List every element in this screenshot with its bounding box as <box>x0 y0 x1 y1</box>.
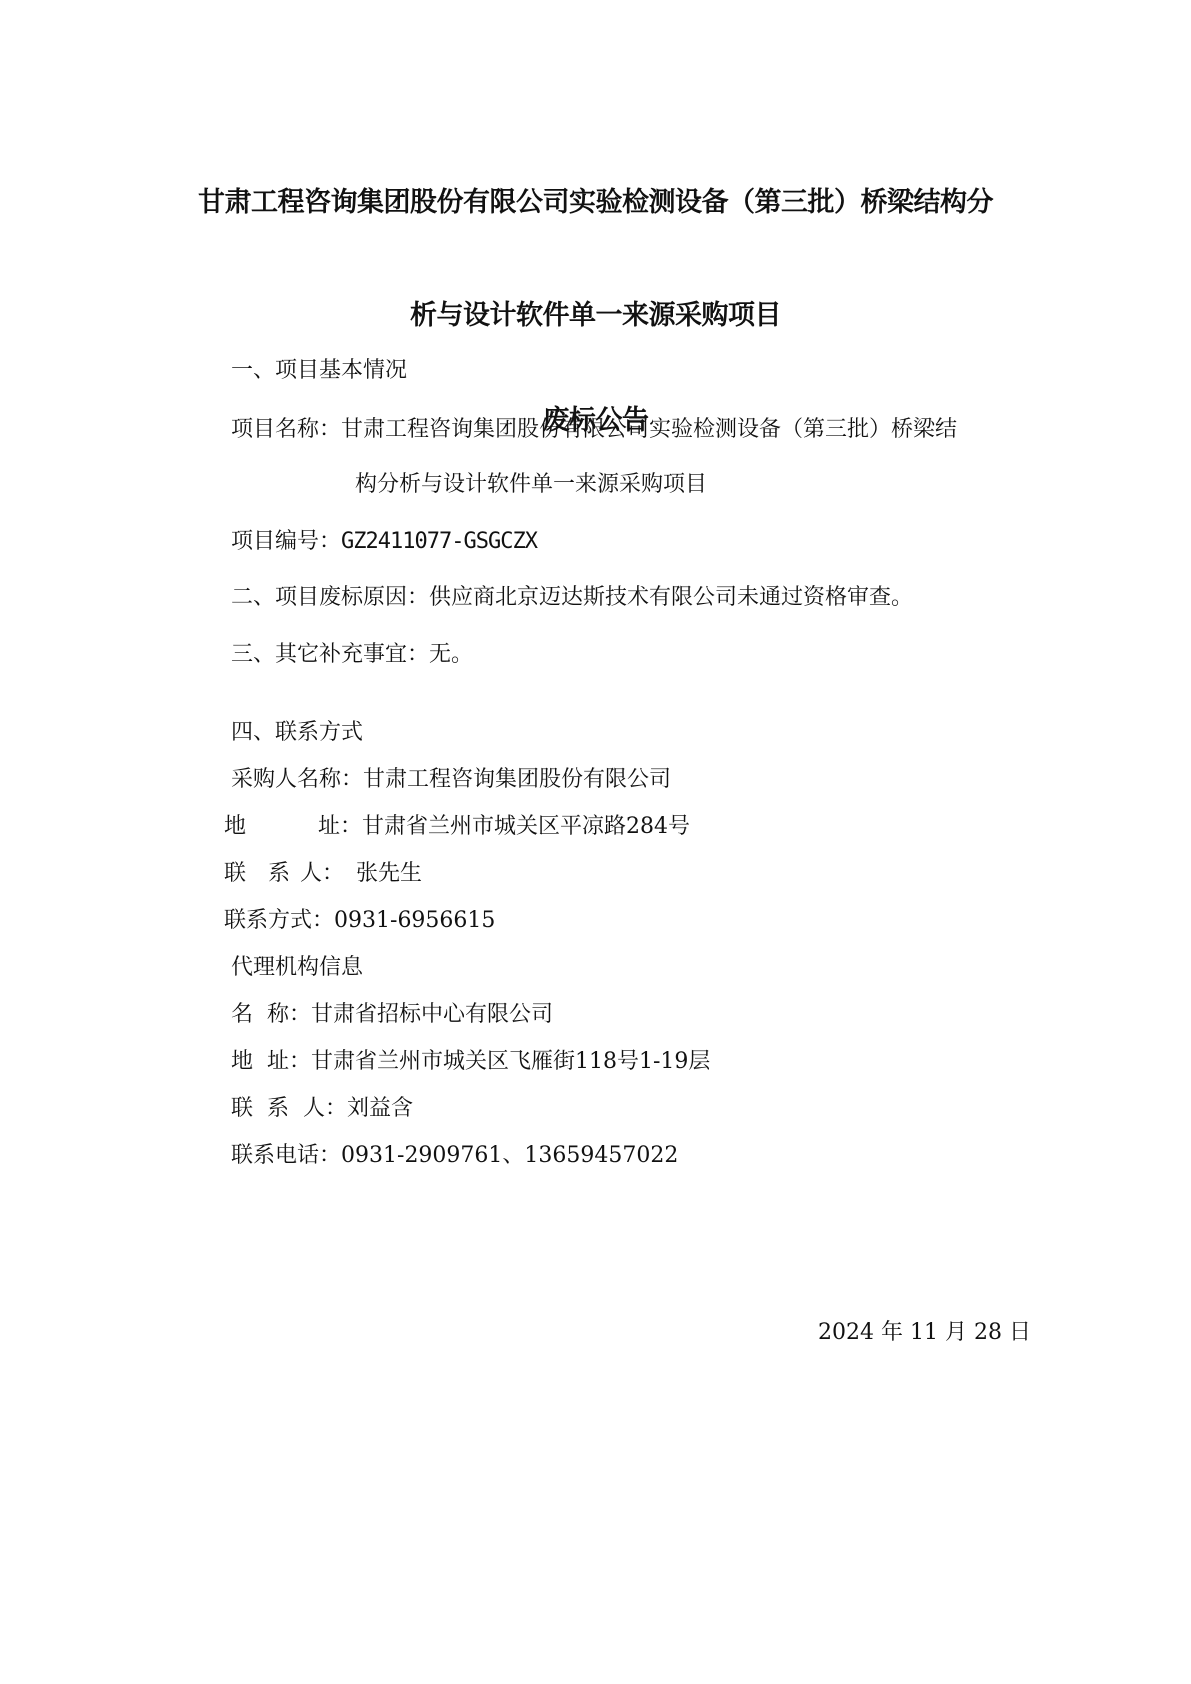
agency-contact-label: 联 系 人： <box>231 1096 347 1121</box>
title-line-2: 析与设计软件单一来源采购项目 <box>0 299 1191 333</box>
agency-phone-row: 联系电话：0931-2909761、13659457022 <box>231 1142 678 1170</box>
agency-name-value: 甘肃省招标中心有限公司 <box>311 1002 553 1027</box>
purchaser-name-label: 采购人名称： <box>231 767 363 792</box>
project-number-label: 项目编号： <box>231 529 341 554</box>
purchaser-address-label-1: 地 <box>224 814 246 839</box>
purchaser-address-row: 地址：甘肃省兰州市城关区平凉路284号 <box>224 813 690 841</box>
project-name-row: 项目名称：甘肃工程咨询集团股份有限公司实验检测设备（第三批）桥梁结 <box>231 416 957 444</box>
agency-phone-label: 联系电话： <box>231 1143 341 1168</box>
purchaser-phone-row: 联系方式：0931-6956615 <box>224 907 495 935</box>
section-3-text: 三、其它补充事宜：无。 <box>231 641 473 669</box>
project-name-continuation: 构分析与设计软件单一来源采购项目 <box>355 471 707 499</box>
section-2-text: 二、项目废标原因：供应商北京迈达斯技术有限公司未通过资格审查。 <box>231 584 913 612</box>
title-line-1: 甘肃工程咨询集团股份有限公司实验检测设备（第三批）桥梁结构分 <box>0 186 1191 220</box>
announcement-date: 2024 年 11 月 28 日 <box>818 1319 1031 1347</box>
purchaser-address-label-2: 址： <box>318 814 362 839</box>
purchaser-contact-label-1: 联 <box>224 861 246 886</box>
agency-address-label: 地 址： <box>231 1049 311 1074</box>
project-name-value: 甘肃工程咨询集团股份有限公司实验检测设备（第三批）桥梁结 <box>341 417 957 442</box>
agency-name-label: 名 称： <box>231 1002 311 1027</box>
project-number-row: 项目编号：GZ2411077-GSGCZX <box>231 528 537 556</box>
project-number-value: GZ2411077-GSGCZX <box>341 529 537 554</box>
purchaser-address-value: 甘肃省兰州市城关区平凉路284号 <box>362 814 690 839</box>
purchaser-name-value: 甘肃工程咨询集团股份有限公司 <box>363 767 671 792</box>
agency-contact-row: 联 系 人：刘益含 <box>231 1095 413 1123</box>
purchaser-contact-row: 联系人：张先生 <box>224 860 422 888</box>
agency-address-row: 地 址：甘肃省兰州市城关区飞雁街118号1-19层 <box>231 1048 710 1076</box>
agency-heading: 代理机构信息 <box>231 954 363 982</box>
purchaser-contact-label-2: 系 <box>268 861 290 886</box>
agency-name-row: 名 称：甘肃省招标中心有限公司 <box>231 1001 553 1029</box>
section-4-heading: 四、联系方式 <box>231 719 363 747</box>
purchaser-name-row: 采购人名称：甘肃工程咨询集团股份有限公司 <box>231 766 671 794</box>
agency-address-value: 甘肃省兰州市城关区飞雁街118号1-19层 <box>311 1049 710 1074</box>
agency-phone-value: 0931-2909761、13659457022 <box>341 1143 678 1168</box>
section-1-heading: 一、项目基本情况 <box>231 357 407 385</box>
agency-contact-value: 刘益含 <box>347 1096 413 1121</box>
purchaser-contact-label-3: 人： <box>300 861 344 886</box>
purchaser-phone-value: 0931-6956615 <box>334 908 495 933</box>
purchaser-contact-value: 张先生 <box>356 861 422 886</box>
purchaser-phone-label: 联系方式： <box>224 908 334 933</box>
project-name-label: 项目名称： <box>231 417 341 442</box>
